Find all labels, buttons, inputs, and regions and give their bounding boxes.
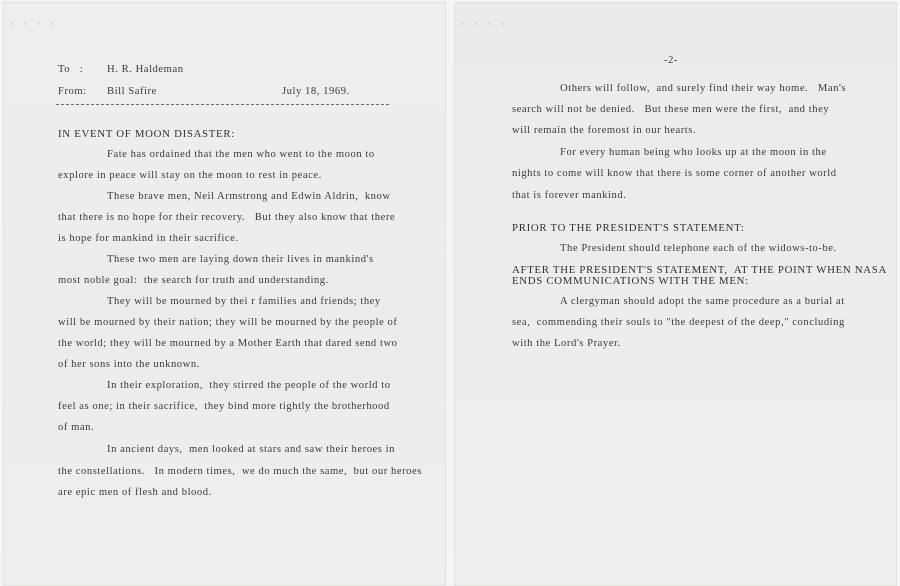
body-line: explore in peace will stay on the moon t… [58,170,322,182]
from-value: Bill Safire [107,86,157,98]
body-line: search will not be denied. But these men… [512,104,829,116]
body-line: In their exploration, they stirred the p… [107,380,391,392]
to-value: H. R. Haldeman [107,64,184,76]
paper-specks: · · · · [9,20,57,29]
heading-moon-disaster: IN EVENT OF MOON DISASTER: [58,128,235,140]
body-line: the world; they will be mourned by a Mot… [58,338,398,350]
paper-specks: · · · · [460,20,508,29]
body-line: For every human being who looks up at th… [560,147,827,159]
body-line: of man. [58,422,94,434]
body-line: In ancient days, men looked at stars and… [107,444,395,456]
to-label: To : [58,64,83,76]
body-line: will be mourned by their nation; they wi… [58,317,397,329]
body-line: the constellations. In modern times, we … [58,466,422,478]
body-line: A clergyman should adopt the same proced… [560,296,845,308]
body-line: The President should telephone each of t… [560,243,837,255]
body-line: They will be mourned by thei r families … [107,296,381,308]
body-line: Fate has ordained that the men who went … [107,149,375,161]
body-line: These brave men, Neil Armstrong and Edwi… [107,191,391,203]
heading-prior-statement: PRIOR TO THE PRESIDENT'S STATEMENT: [512,222,745,234]
body-line: Others will follow, and surely find thei… [560,83,846,95]
body-line: nights to come will know that there is s… [512,168,837,180]
heading-after-statement-cont: ENDS COMMUNICATIONS WITH THE MEN: [512,275,749,287]
body-line: are epic men of flesh and blood. [58,487,212,499]
body-line: that is forever mankind. [512,190,626,202]
body-line: These two men are laying down their live… [107,254,374,266]
memo-date: July 18, 1969. [282,86,350,98]
body-line: of her sons into the unknown. [58,359,200,371]
body-line: will remain the foremost in our hearts. [512,125,696,137]
page-number: -2- [664,55,678,67]
body-line: is hope for mankind in their sacrifice. [58,233,239,245]
body-line: that there is no hope for their recovery… [58,212,395,224]
separator-dashes [56,104,389,105]
body-line: sea, commending their souls to "the deep… [512,317,845,329]
body-line: most noble goal: the search for truth an… [58,275,329,287]
from-label: From: [58,86,87,98]
body-line: feel as one; in their sacrifice, they bi… [58,401,390,413]
body-line: with the Lord's Prayer. [512,338,621,350]
